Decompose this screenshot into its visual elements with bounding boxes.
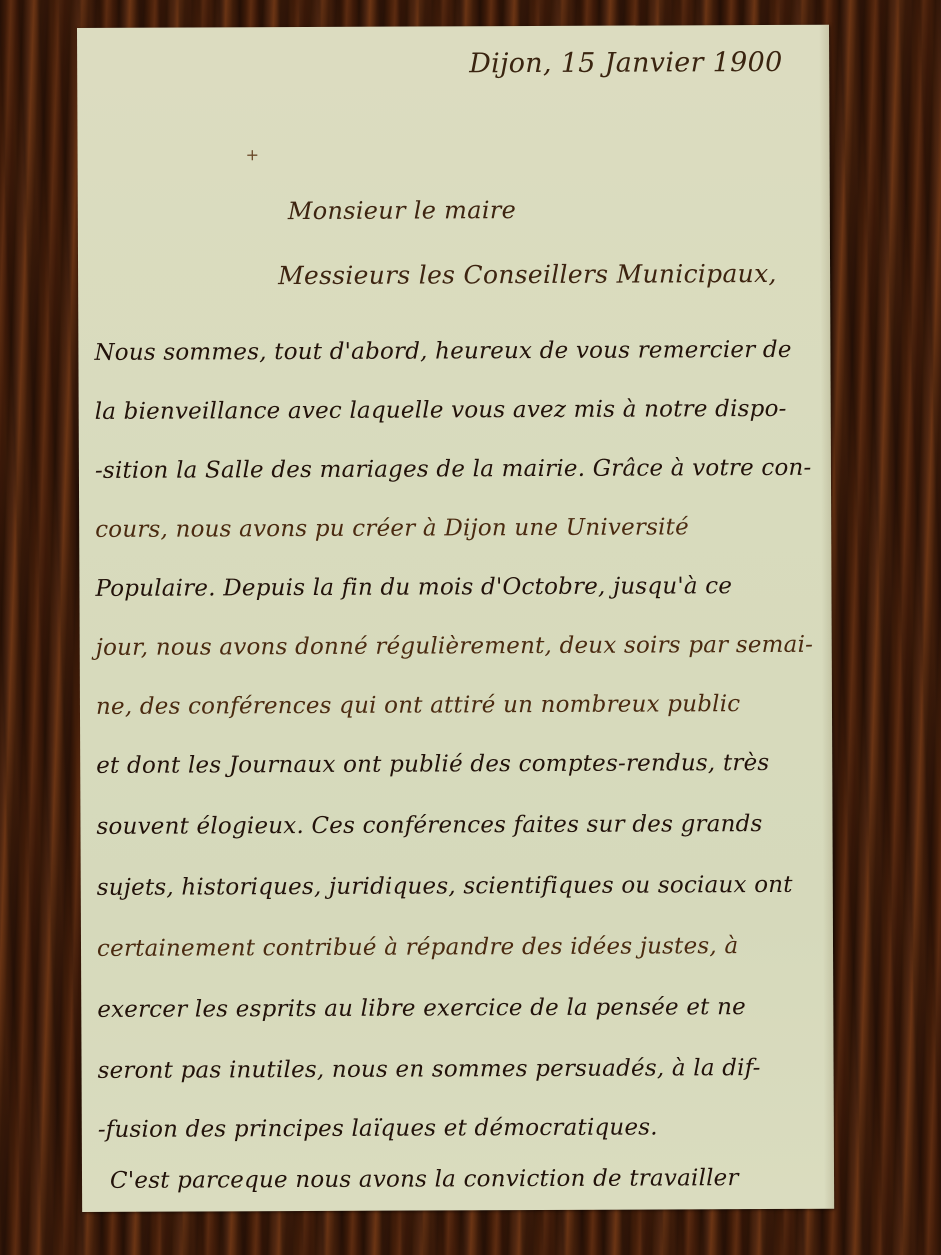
letter-page: Dijon, 15 Janvier 1900 + Monsieur le mai… — [77, 25, 834, 1212]
body-line: Populaire. Depuis la fin du mois d'Octob… — [95, 573, 732, 602]
margin-mark: + — [246, 145, 259, 164]
body-line: Nous sommes, tout d'abord, heureux de vo… — [94, 337, 791, 366]
body-line: et dont les Journaux ont publié des comp… — [96, 750, 769, 779]
body-line: -fusion des principes laïques et démocra… — [98, 1114, 658, 1142]
letter-date: Dijon, 15 Janvier 1900 — [469, 47, 783, 79]
body-line: souvent élogieux. Ces conférences faites… — [96, 811, 762, 840]
body-line: ne, des conférences qui ont attiré un no… — [96, 691, 740, 720]
paper-edge-shadow — [819, 25, 834, 1209]
body-line: sujets, historiques, juridiques, scienti… — [97, 872, 793, 901]
body-line: C'est parceque nous avons la conviction … — [110, 1165, 739, 1194]
body-line: la bienveillance avec laquelle vous avez… — [95, 396, 787, 425]
body-line: exercer les esprits au libre exercice de… — [97, 994, 746, 1023]
salutation-mayor: Monsieur le maire — [288, 196, 516, 225]
body-line: jour, nous avons donné régulièrement, de… — [96, 632, 813, 661]
body-line: cours, nous avons pu créer à Dijon une U… — [95, 514, 689, 543]
salutation-councillors: Messieurs les Conseillers Municipaux, — [278, 259, 777, 290]
body-line: certainement contribué à répandre des id… — [97, 933, 738, 962]
body-line: -sition la Salle des mariages de la mair… — [95, 455, 812, 484]
body-line: seront pas inutiles, nous en sommes pers… — [97, 1055, 760, 1084]
